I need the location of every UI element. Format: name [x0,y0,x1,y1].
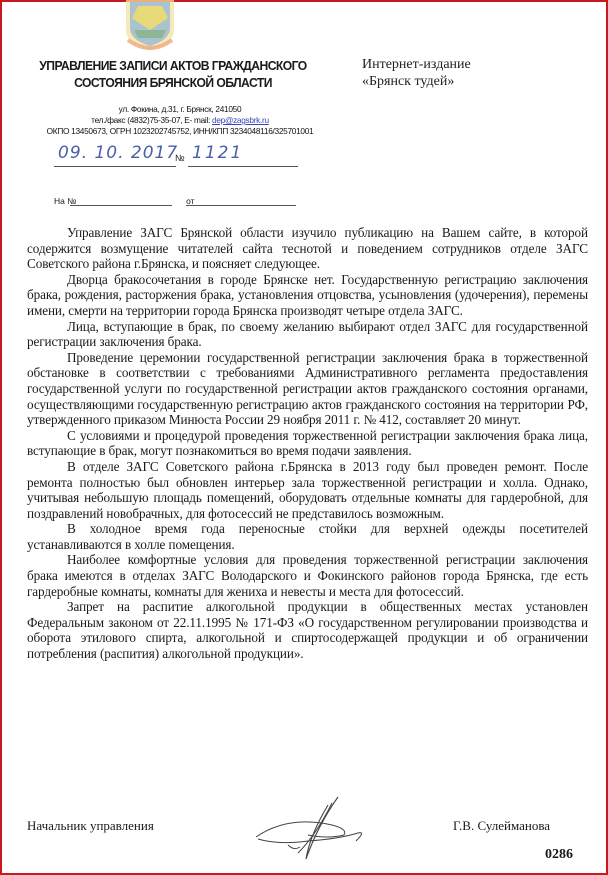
handwritten-signature-icon [248,795,378,865]
date-underline [54,166,176,167]
outgoing-number: 1121 [192,143,243,163]
address-street: ул. Фокина, д.31, г. Брянск, 241050 [30,104,330,115]
paragraph: Запрет на распитие алкогольной продукции… [27,599,588,661]
email-link[interactable]: dep@zagsbrk.ru [212,115,269,125]
phone-fax: тел./факс (4832)75-35-07, E- mail: [91,115,210,125]
recipient-block: Интернет-издание «Брянск тудей» [362,56,471,90]
address-block: ул. Фокина, д.31, г. Брянск, 241050 тел.… [30,104,330,137]
paragraph: Управление ЗАГС Брянской области изучило… [27,225,588,272]
document-number: 0286 [545,847,573,863]
recipient-line-1: Интернет-издание [362,56,471,73]
paragraph: Проведение церемонии государственной рег… [27,350,588,428]
number-underline [188,166,298,167]
paragraph: В холодное время года переносные стойки … [27,521,588,552]
signer-title: Начальник управления [27,818,154,834]
paragraph: С условиями и процедурой проведения торж… [27,428,588,459]
recipient-line-2: «Брянск тудей» [362,73,471,90]
paragraph: В отделе ЗАГС Советского района г.Брянск… [27,459,588,521]
number-label: № [175,153,185,163]
reference-number-line [70,205,172,206]
outgoing-date: 09. 10. 2017 [58,143,178,163]
reference-date-line [186,205,296,206]
registration-codes: ОКПО 13450673, ОГРН 1023202745752, ИНН/К… [30,126,330,137]
paragraph: Дворца бракосочетания в городе Брянске н… [27,272,588,319]
paragraph: Лица, вступающие в брак, по своему желан… [27,319,588,350]
signer-name: Г.В. Сулейманова [453,818,550,834]
org-line-1: УПРАВЛЕНИЕ ЗАПИСИ АКТОВ ГРАЖДАНСКОГО [30,57,315,74]
address-contacts: тел./факс (4832)75-35-07, E- mail: dep@z… [30,115,330,126]
letter-body: Управление ЗАГС Брянской области изучило… [27,225,588,662]
organization-name: УПРАВЛЕНИЕ ЗАПИСИ АКТОВ ГРАЖДАНСКОГО СОС… [30,57,315,91]
org-line-2: СОСТОЯНИЯ БРЯНСКОЙ ОБЛАСТИ [30,74,315,91]
paragraph: Наиболее комфортные условия для проведен… [27,552,588,599]
coat-of-arms-icon [118,0,182,52]
